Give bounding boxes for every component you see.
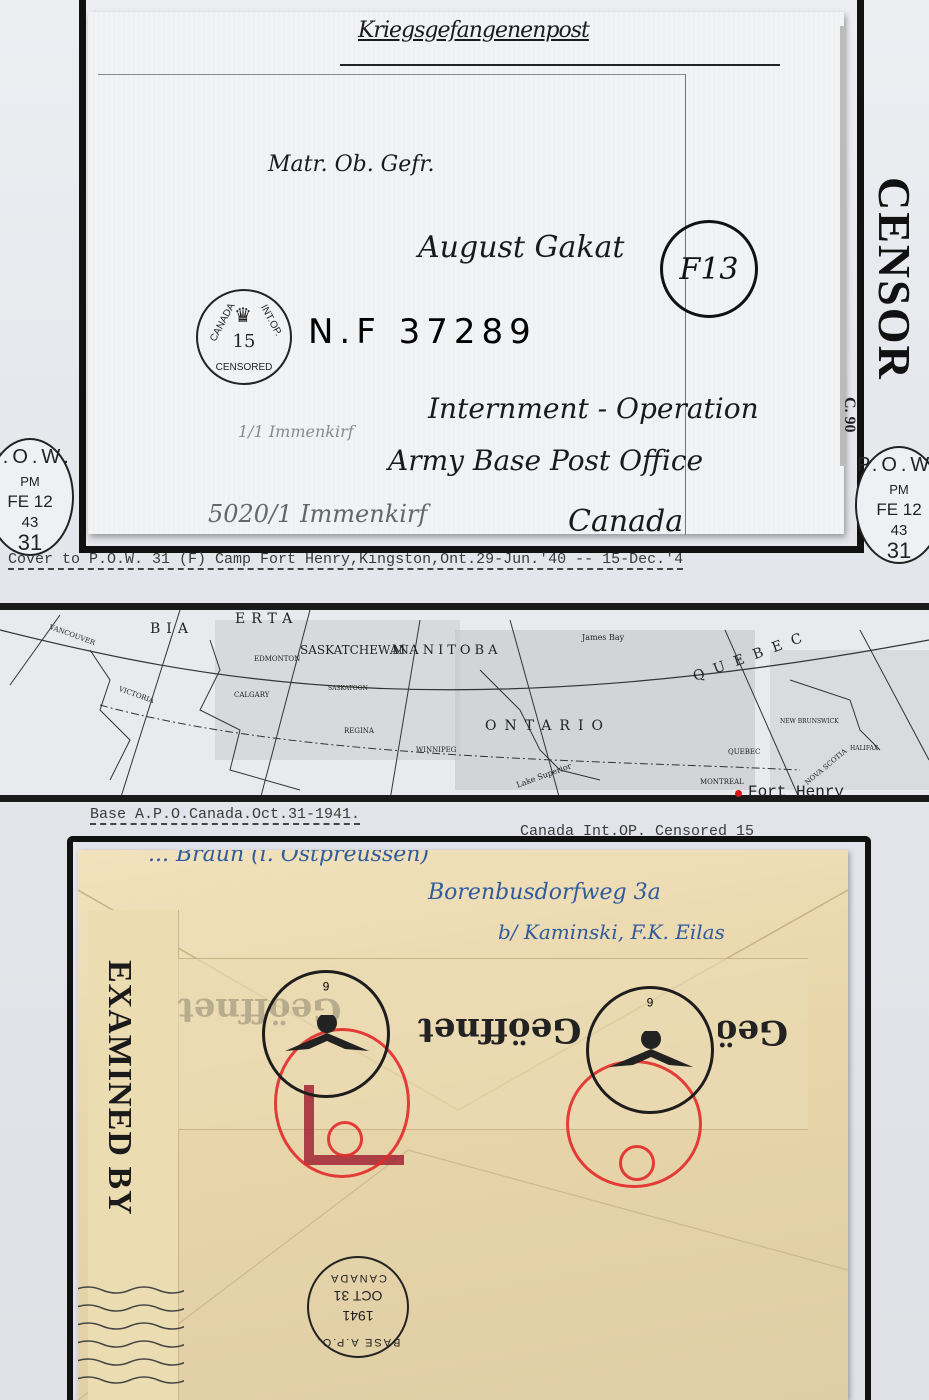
fort-henry-marker (735, 790, 742, 797)
map-of-canada: BIA ERTA SASKATCHEWAN MANITOBA ONTARIO Q… (0, 603, 929, 803)
fort-henry-label: Fort Henry (748, 783, 844, 801)
pow-postmark-right: P.O.W. PM FE 12 43 31 (855, 446, 929, 564)
pow-postmark-left: P.O.W. PM FE 12 43 31 (0, 438, 74, 556)
map-border-top (0, 603, 929, 610)
mount-frame-bottom (67, 836, 871, 1400)
caption-base-apo: Base A.P.O.Canada.Oct.31-1941. (90, 806, 360, 825)
censor-label: CENSOR (868, 177, 921, 381)
caption-top-cover: Cover to P.O.W. 31 (F) Camp Fort Henry,K… (8, 551, 683, 570)
mount-frame-top (79, 0, 864, 553)
